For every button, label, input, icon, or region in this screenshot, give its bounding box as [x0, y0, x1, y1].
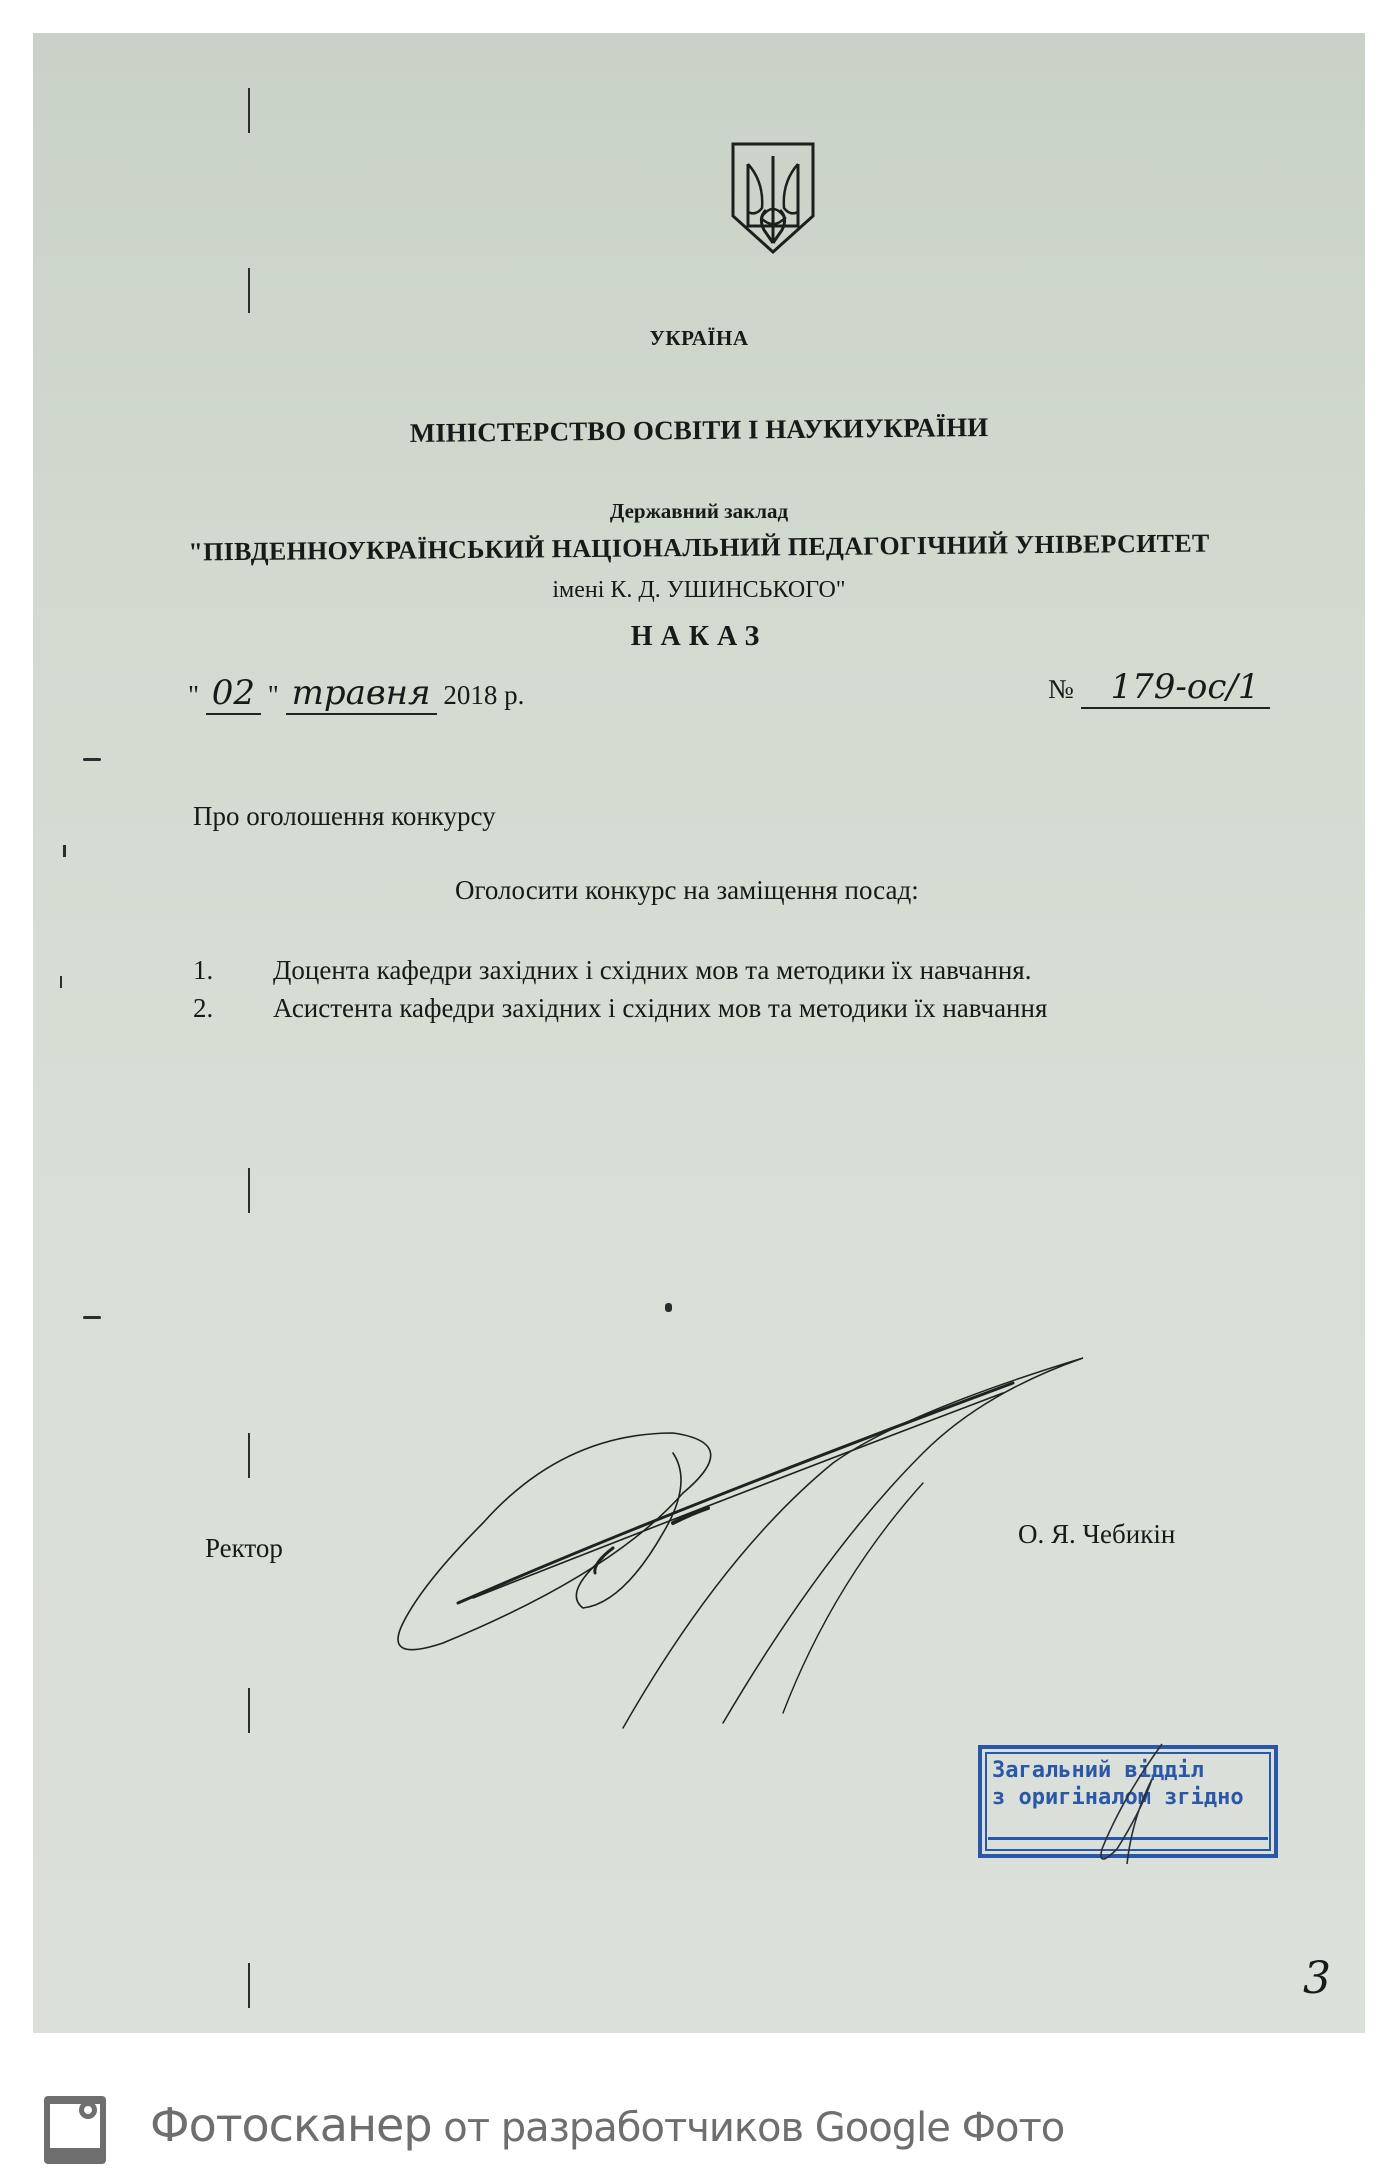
scan-mark [248, 88, 250, 133]
list-item: 2. Асистента кафедри західних і східних … [193, 989, 1047, 1027]
document-ministry: МІНІСТЕРСТВО ОСВІТИ І НАУКИУКРАЇНИ [33, 408, 1365, 453]
positions-list: 1. Доцента кафедри західних і східних мо… [193, 951, 1047, 1027]
app-footer: Фотосканер от разработчиков Google Фото [0, 2040, 1399, 2184]
order-announcement: Оголосити конкурс на заміщення посад: [455, 875, 919, 906]
scanned-document-page: УКРАЇНА МІНІСТЕРСТВО ОСВІТИ І НАУКИУКРАЇ… [33, 33, 1365, 2033]
document-country: УКРАЇНА [33, 326, 1365, 351]
rector-signature [363, 1333, 1263, 1733]
date-close-quote: " [268, 680, 279, 710]
date-day-handwritten: 02 [206, 673, 261, 715]
order-title: НАКАЗ [33, 621, 1365, 653]
scan-mark [83, 1316, 101, 1319]
scan-mark [248, 1688, 250, 1733]
scan-mark [248, 1168, 250, 1213]
scan-mark [63, 845, 66, 857]
list-item-number: 1. [193, 951, 273, 989]
date-year: 2018 р. [443, 680, 524, 710]
scan-mark [248, 1963, 250, 2008]
scan-mark [60, 976, 62, 988]
scan-mark [665, 1303, 672, 1312]
footer-rest: от разработчиков Google Фото [432, 2105, 1065, 2151]
date-month-handwritten: травня [286, 673, 437, 715]
footer-attribution: Фотосканер от разработчиков Google Фото [150, 2098, 1064, 2152]
list-item-text: Асистента кафедри західних і східних мов… [273, 989, 1047, 1027]
order-subject: Про оголошення конкурсу [193, 801, 496, 832]
institution-type: Державний заклад [33, 499, 1365, 524]
stamp-initials-signature [1082, 1739, 1172, 1879]
list-item-text: Доцента кафедри західних і східних мов т… [273, 951, 1031, 989]
footer-brand: Фотосканер [150, 2098, 432, 2152]
photoscan-app-icon [44, 2096, 106, 2164]
scan-mark [83, 758, 101, 761]
date-open-quote: " [188, 680, 199, 710]
order-date: " 02 " травня 2018 р. [188, 673, 524, 715]
list-item-number: 2. [193, 989, 273, 1027]
institution-named-after: імені К. Д. УШИНСЬКОГО" [33, 577, 1365, 604]
order-number-label: № [1048, 674, 1074, 704]
institution-name: "ПІВДЕННОУКРАЇНСЬКИЙ НАЦІОНАЛЬНИЙ ПЕДАГО… [33, 527, 1365, 569]
page-number-handwritten: 3 [1303, 1953, 1331, 2004]
scan-mark [248, 268, 250, 313]
list-item: 1. Доцента кафедри західних і східних мо… [193, 951, 1047, 989]
order-number: № 179-ос/1 [1048, 667, 1270, 709]
signatory-role: Ректор [205, 1533, 283, 1564]
scan-mark [248, 1433, 250, 1478]
order-number-handwritten: 179-ос/1 [1081, 667, 1270, 709]
ukraine-trident-emblem-icon [728, 138, 818, 258]
certification-stamp: Загальний відділ з оригіналом згідно [978, 1745, 1278, 1858]
